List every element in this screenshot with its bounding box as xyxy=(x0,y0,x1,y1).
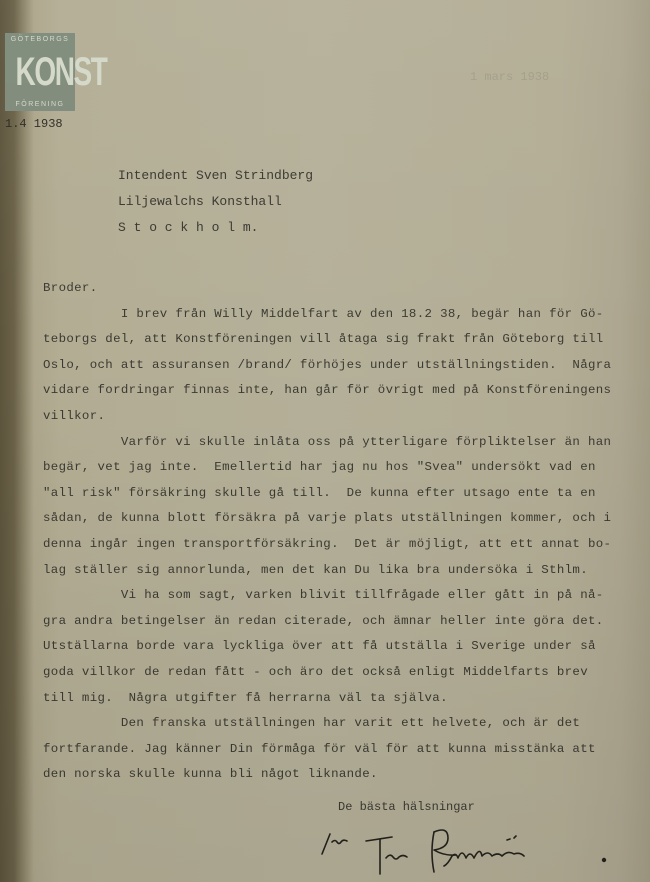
address-line-institution: Liljewalchs Konsthall xyxy=(118,189,313,215)
body-line: I brev från Willy Middelfart av den 18.2… xyxy=(43,302,643,328)
body-line: gra andra betingelser än redan citerade,… xyxy=(43,609,643,635)
body-line: till mig. Några utgifter få herrarna väl… xyxy=(43,686,643,712)
letter-page: GÖTEBORGS KONST FÖRENING 1.4 1938 1 mars… xyxy=(0,0,650,882)
date-stamp: 1.4 1938 xyxy=(5,117,63,131)
body-line: "all risk" försäkring skulle gå till. De… xyxy=(43,481,643,507)
address-line-city: S t o c k h o l m. xyxy=(118,215,313,241)
body-line: teborgs del, att Konstföreningen vill åt… xyxy=(43,327,643,353)
body-line: Den franska utställningen har varit ett … xyxy=(43,711,643,737)
letter-body: Broder. I brev från Willy Middelfart av … xyxy=(43,276,643,788)
recipient-address: Intendent Sven Strindberg Liljewalchs Ko… xyxy=(118,163,313,241)
body-line: lag ställer sig annorlunda, men det kan … xyxy=(43,558,643,584)
body-line: fortfarande. Jag känner Din förmåga för … xyxy=(43,737,643,763)
body-line: vidare fordringar finnas inte, han går f… xyxy=(43,378,643,404)
body-line: Varför vi skulle inlåta oss på ytterliga… xyxy=(43,430,643,456)
logo-bottom-text: FÖRENING xyxy=(5,100,75,109)
address-line-recipient: Intendent Sven Strindberg xyxy=(118,163,313,189)
closing-salutation: De bästa hälsningar xyxy=(338,800,475,814)
body-line: begär, vet jag inte. Emellertid har jag … xyxy=(43,455,643,481)
body-line: Vi ha som sagt, varken blivit tillfrågad… xyxy=(43,583,643,609)
body-line: sådan, de kunna blott försäkra på varje … xyxy=(43,506,643,532)
body-line: Oslo, och att assuransen /brand/ förhöje… xyxy=(43,353,643,379)
body-line: Broder. xyxy=(43,276,643,302)
konstforening-logo: GÖTEBORGS KONST FÖRENING xyxy=(5,33,75,111)
body-line: den norska skulle kunna bli något liknan… xyxy=(43,762,643,788)
logo-top-text: GÖTEBORGS xyxy=(5,35,75,44)
ghost-date-bleedthrough: 1 mars 1938 xyxy=(470,70,549,84)
body-line: goda villkor de redan fått - och äro det… xyxy=(43,660,643,686)
body-line: Utställarna borde vara lyckliga över att… xyxy=(43,634,643,660)
handwritten-signature xyxy=(310,818,630,878)
body-line: denna ingår ingen transportförsäkring. D… xyxy=(43,532,643,558)
body-line: villkor. xyxy=(43,404,643,430)
logo-mid-text: KONST xyxy=(16,44,65,100)
